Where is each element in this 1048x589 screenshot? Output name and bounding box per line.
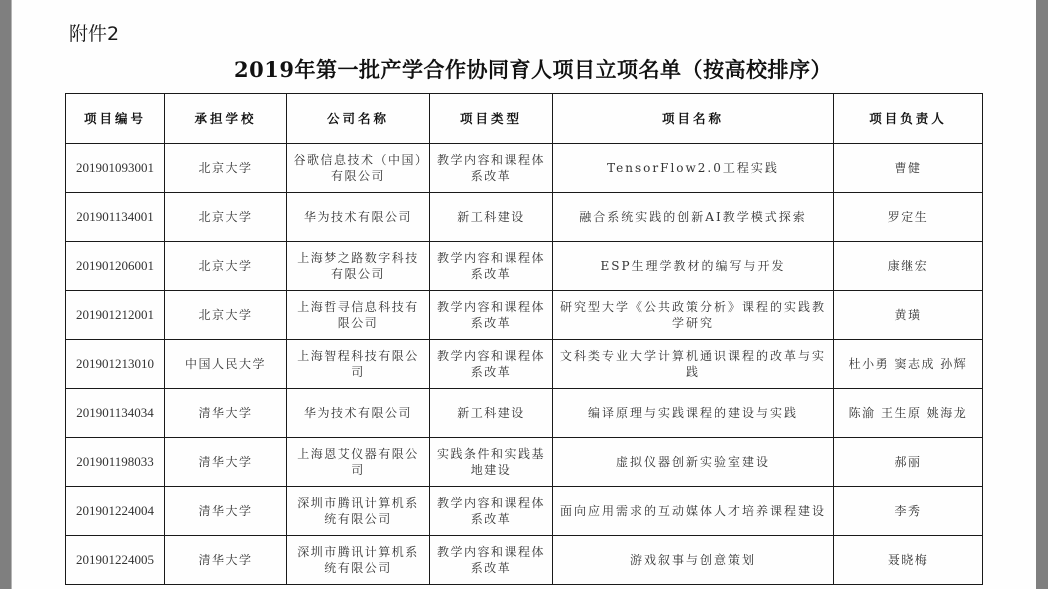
cell-project-id: 201901093001 [66,144,165,193]
cell-school: 北京大学 [165,144,287,193]
cell-project-type: 教学内容和课程体系改革 [430,144,553,193]
cell-school: 清华大学 [165,389,287,438]
cell-project-leader: 李秀 [834,487,983,536]
document-title: 2019年第一批产学合作协同育人项目立项名单（按高校排序） [12,54,1048,84]
cell-project-name: 游戏叙事与创意策划 [553,536,834,585]
header-school: 承担学校 [165,94,287,144]
cell-company: 上海哲寻信息科技有限公司 [287,291,430,340]
cell-project-type: 教学内容和课程体系改革 [430,487,553,536]
cell-company: 上海恩艾仪器有限公司 [287,438,430,487]
document-page: 附件2 2019年第一批产学合作协同育人项目立项名单（按高校排序） 项目编号 承… [12,0,1036,589]
header-project-name: 项目名称 [553,94,834,144]
cell-company: 上海智程科技有限公司 [287,340,430,389]
cell-project-id: 201901134034 [66,389,165,438]
table-row: 201901134034 清华大学 华为技术有限公司 新工科建设 编译原理与实践… [66,389,983,438]
cell-project-name: ESP生理学教材的编写与开发 [553,242,834,291]
cell-project-leader: 罗定生 [834,193,983,242]
viewer-left-margin [0,0,12,589]
cell-project-name: 研究型大学《公共政策分析》课程的实践教学研究 [553,291,834,340]
table-row: 201901134001 北京大学 华为技术有限公司 新工科建设 融合系统实践的… [66,193,983,242]
cell-project-leader: 郝丽 [834,438,983,487]
cell-project-leader: 陈渝 王生原 姚海龙 [834,389,983,438]
cell-school: 清华大学 [165,536,287,585]
attachment-label: 附件2 [69,19,119,46]
cell-school: 北京大学 [165,291,287,340]
cell-project-name: 融合系统实践的创新AI教学模式探索 [553,193,834,242]
cell-project-leader: 聂晓梅 [834,536,983,585]
cell-project-leader: 康继宏 [834,242,983,291]
cell-project-type: 实践条件和实践基地建设 [430,438,553,487]
cell-project-name: 编译原理与实践课程的建设与实践 [553,389,834,438]
header-project-id: 项目编号 [66,94,165,144]
cell-project-id: 201901134001 [66,193,165,242]
cell-school: 北京大学 [165,242,287,291]
cell-company: 深圳市腾讯计算机系统有限公司 [287,536,430,585]
cell-company: 上海梦之路数字科技有限公司 [287,242,430,291]
header-project-leader: 项目负责人 [834,94,983,144]
table-row: 201901093001 北京大学 谷歌信息技术（中国）有限公司 教学内容和课程… [66,144,983,193]
cell-school: 中国人民大学 [165,340,287,389]
header-company: 公司名称 [287,94,430,144]
cell-project-id: 201901213010 [66,340,165,389]
cell-company: 华为技术有限公司 [287,193,430,242]
table-row: 201901213010 中国人民大学 上海智程科技有限公司 教学内容和课程体系… [66,340,983,389]
cell-project-leader: 黄璜 [834,291,983,340]
cell-project-id: 201901224004 [66,487,165,536]
cell-project-name: 文科类专业大学计算机通识课程的改革与实践 [553,340,834,389]
header-project-type: 项目类型 [430,94,553,144]
cell-school: 清华大学 [165,487,287,536]
cell-project-id: 201901206001 [66,242,165,291]
cell-company: 深圳市腾讯计算机系统有限公司 [287,487,430,536]
cell-project-leader: 曹健 [834,144,983,193]
cell-project-type: 教学内容和课程体系改革 [430,340,553,389]
table-header-row: 项目编号 承担学校 公司名称 项目类型 项目名称 项目负责人 [66,94,983,144]
cell-school: 清华大学 [165,438,287,487]
cell-company: 华为技术有限公司 [287,389,430,438]
cell-project-id: 201901224005 [66,536,165,585]
cell-project-type: 新工科建设 [430,193,553,242]
cell-school: 北京大学 [165,193,287,242]
cell-project-type: 教学内容和课程体系改革 [430,536,553,585]
cell-project-type: 教学内容和课程体系改革 [430,242,553,291]
project-list-table: 项目编号 承担学校 公司名称 项目类型 项目名称 项目负责人 201901093… [65,93,983,585]
cell-project-type: 教学内容和课程体系改革 [430,291,553,340]
cell-project-type: 新工科建设 [430,389,553,438]
table-row: 201901206001 北京大学 上海梦之路数字科技有限公司 教学内容和课程体… [66,242,983,291]
table-row: 201901224005 清华大学 深圳市腾讯计算机系统有限公司 教学内容和课程… [66,536,983,585]
cell-project-id: 201901212001 [66,291,165,340]
cell-project-name: 面向应用需求的互动媒体人才培养课程建设 [553,487,834,536]
viewer-right-margin [1035,0,1048,589]
cell-project-name: 虚拟仪器创新实验室建设 [553,438,834,487]
cell-project-id: 201901198033 [66,438,165,487]
table-row: 201901224004 清华大学 深圳市腾讯计算机系统有限公司 教学内容和课程… [66,487,983,536]
table-row: 201901212001 北京大学 上海哲寻信息科技有限公司 教学内容和课程体系… [66,291,983,340]
cell-company: 谷歌信息技术（中国）有限公司 [287,144,430,193]
table-row: 201901198033 清华大学 上海恩艾仪器有限公司 实践条件和实践基地建设… [66,438,983,487]
cell-project-leader: 杜小勇 窦志成 孙辉 [834,340,983,389]
cell-project-name: TensorFlow2.0工程实践 [553,144,834,193]
